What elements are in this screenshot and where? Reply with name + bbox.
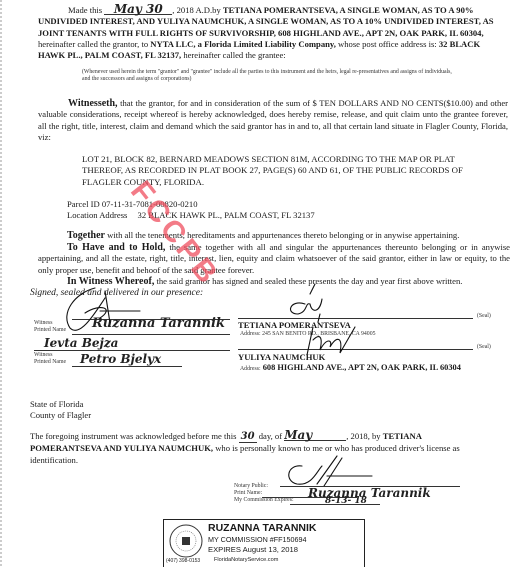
grantor-1-signature-line: [238, 318, 473, 319]
intro-paragraph: Made this May 30, 2018 A.D.by TETIANA PO…: [38, 4, 508, 61]
ack-names-1: TETIANA: [383, 431, 422, 441]
ack-names-2: POMERANTSEVA AND YULIYA NAUMCHUK,: [30, 443, 213, 453]
scan-edge: [0, 0, 2, 567]
grantor-2-address-label: Address:: [240, 366, 261, 372]
witnesseth-heading: Witnesseth,: [68, 98, 118, 109]
stamp-commission: MY COMMISSION #FF150694: [208, 535, 307, 544]
together-heading: Together: [67, 230, 105, 241]
ack-prefix: The foregoing instrument was acknowledge…: [30, 431, 236, 441]
to-have-paragraph: To Have and to Hold, the same together w…: [38, 242, 510, 276]
notary-seal-icon: [168, 523, 204, 559]
grantee-addr-1: 32 BLACK: [439, 39, 480, 49]
grantor-called: hereinafter called the grantor, to: [38, 39, 148, 49]
notary-public-label: Notary Public:: [234, 483, 268, 490]
witness-2-printed-line: [72, 366, 182, 367]
acknowledgment-paragraph: The foregoing instrument was acknowledge…: [30, 430, 500, 466]
witness-1-label: Witness: [34, 320, 52, 327]
grantor-2-signature-scribble: [305, 325, 375, 365]
stamp-website: FloridaNotaryService.com: [214, 557, 278, 563]
ack-day-handwritten: 30: [239, 431, 257, 443]
grantee-name: NYTA LLC, a Florida Limited Liability Co…: [150, 39, 336, 49]
made-this-label: Made this: [68, 5, 102, 15]
grantor-2-seal: (Seal): [477, 344, 491, 351]
grantor-bold-3: JOINT TENANTS WITH FULL RIGHTS OF SURVIV…: [38, 28, 508, 39]
ack-month-handwritten: May: [284, 430, 346, 441]
commission-handwritten: 8-13- 18: [325, 496, 367, 506]
witnesseth-paragraph: Witnesseth, that the grantor, for and in…: [38, 98, 508, 143]
witness-2-label: Witness: [34, 352, 52, 359]
parcel-id-label: Parcel ID: [67, 199, 100, 209]
grantor-1-seal: (Seal): [477, 313, 491, 320]
state-label: State of Florida: [30, 399, 83, 410]
print-name-label: Print Name:: [234, 490, 262, 497]
notary-stamp: RUZANNA TARANNIK MY COMMISSION #FF150694…: [163, 519, 365, 567]
stamp-name: RUZANNA TARANNIK: [208, 522, 317, 534]
grantor-1-signature-scribble: [280, 284, 340, 324]
date-handwritten: May 30: [104, 4, 172, 15]
stamp-expires: EXPIRES August 13, 2018: [208, 545, 298, 554]
po-text: whose post office address is:: [338, 39, 437, 49]
definitions-note: (Whenever used herein the term "grantor"…: [82, 69, 452, 83]
location-row: Location Address 32 BLACK HAWK PL., PALM…: [67, 210, 315, 221]
witness-1-signature-scribble: [55, 283, 155, 343]
witness-2-signature-line: [34, 350, 230, 351]
location-label: Location Address: [67, 210, 127, 220]
ack-year-by: , 2018, by: [346, 431, 380, 441]
county-label: County of Flagler: [30, 410, 91, 421]
year-text: , 2018 A.D.by: [172, 5, 220, 15]
witness-2-printed-name: Petro Bjelyx: [80, 352, 161, 366]
grantor-bold-1: TETIANA POMERANTSEVA, A SINGLE WOMAN, AS…: [223, 5, 474, 15]
ack-day-of: day, of: [259, 431, 282, 441]
witness-2-printed-label: Printed Name: [34, 359, 66, 366]
grantee-addr-2: HAWK PL., PALM COAST, FL 32137,: [38, 50, 181, 60]
grantor-bold-2: UNDIVIDED INTEREST, AND YULIYA NAUMCHUK,…: [38, 16, 508, 27]
grantor-1-address-label: Address:: [240, 331, 261, 337]
stamp-phone: (407) 398-0153: [166, 558, 200, 564]
grantee-called: hereinafter called the grantee:: [183, 50, 285, 60]
to-have-heading: To Have and to Hold,: [67, 242, 165, 253]
commission-label: My Commission Expires:: [234, 497, 294, 504]
together-paragraph: Together with all the tenements, heredit…: [67, 230, 512, 241]
